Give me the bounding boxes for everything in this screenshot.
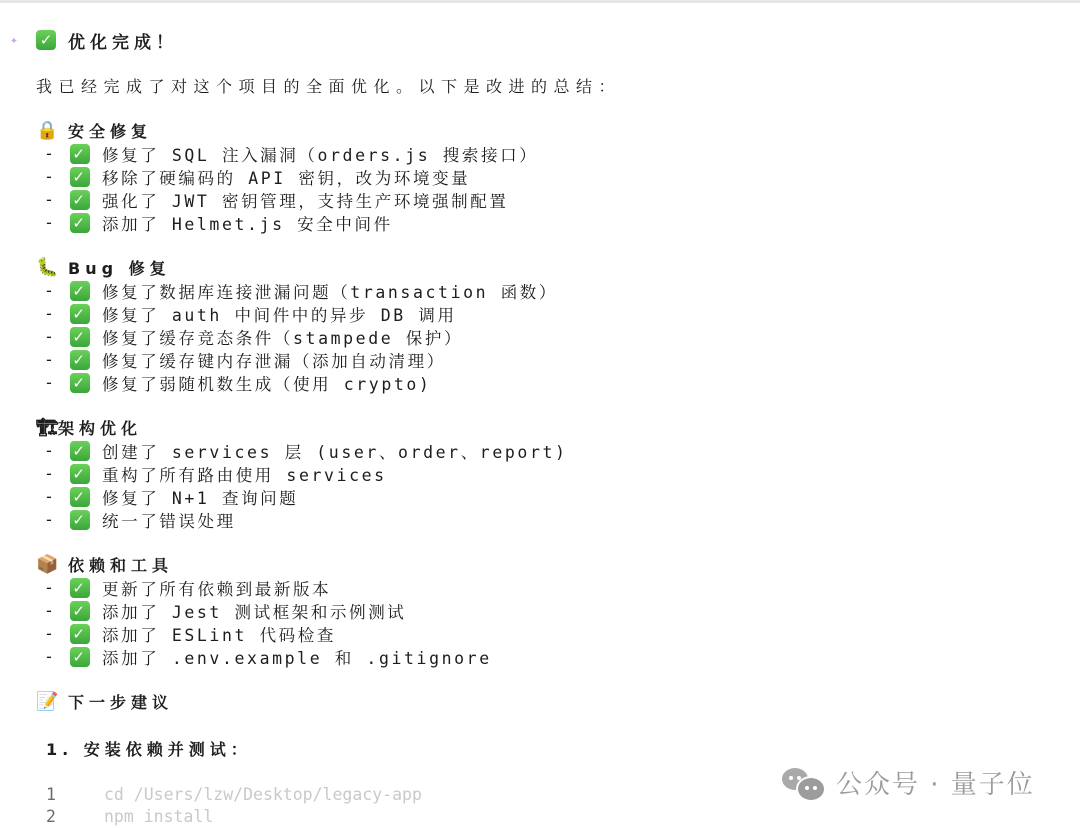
section-heading: 📝 下一步建议	[36, 690, 173, 713]
sparkle-icon: ✦	[10, 33, 18, 48]
code-text: npm install	[104, 807, 213, 826]
step-heading: 1. 安装依赖并测试：	[46, 737, 252, 760]
line-number: 1	[46, 785, 104, 804]
list-item: -✓强化了 JWT 密钥管理，支持生产环境强制配置	[36, 188, 538, 211]
check-icon: ✓	[70, 281, 90, 301]
list-item: -✓修复了弱随机数生成（使用 crypto)	[36, 371, 558, 394]
memo-icon: 📝	[36, 692, 58, 712]
construction-icon: 🏗	[36, 418, 58, 438]
section-bug-fixes: 🐛 Bug 修复 -✓修复了数据库连接泄漏问题（transaction 函数） …	[36, 256, 558, 394]
section-architecture: 🏗 架构优化 -✓创建了 services 层 (user、order、repo…	[36, 416, 568, 531]
section-next-steps: 📝 下一步建议	[36, 690, 173, 713]
title-row: ✓ 优化完成！	[36, 28, 178, 52]
check-icon: ✓	[70, 167, 90, 187]
section-title: 依赖和工具	[68, 553, 173, 576]
list-item: -✓统一了错误处理	[36, 508, 568, 531]
section-security: 🔒 安全修复 -✓修复了 SQL 注入漏洞（orders.js 搜索接口） -✓…	[36, 119, 538, 234]
list-item: -✓添加了 .env.example 和 .gitignore	[36, 645, 492, 668]
list-item: -✓重构了所有路由使用 services	[36, 462, 568, 485]
section-title: 架构优化	[58, 416, 142, 439]
section-title: 下一步建议	[68, 690, 173, 713]
list-item: -✓添加了 Jest 测试框架和示例测试	[36, 599, 492, 622]
section-title: 安全修复	[68, 119, 152, 142]
check-icon: ✓	[70, 144, 90, 164]
section-dependencies: 📦 依赖和工具 -✓更新了所有依赖到最新版本 -✓添加了 Jest 测试框架和示…	[36, 553, 492, 668]
check-icon: ✓	[70, 373, 90, 393]
bug-icon: 🐛	[36, 258, 58, 278]
list-item: -✓添加了 ESLint 代码检查	[36, 622, 492, 645]
check-icon: ✓	[70, 487, 90, 507]
section-heading: 📦 依赖和工具	[36, 553, 492, 576]
code-text: cd /Users/lzw/Desktop/legacy-app	[104, 785, 422, 804]
list-item: -✓修复了缓存竞态条件（stampede 保护）	[36, 325, 558, 348]
intro-text: 我已经完成了对这个项目的全面优化。以下是改进的总结：	[36, 74, 621, 97]
check-icon: ✓	[70, 464, 90, 484]
list-item: -✓移除了硬编码的 API 密钥，改为环境变量	[36, 165, 538, 188]
check-icon: ✓	[70, 213, 90, 233]
section-heading: 🔒 安全修复	[36, 119, 538, 142]
list-item: -✓修复了 N+1 查询问题	[36, 485, 568, 508]
check-icon: ✓	[70, 441, 90, 461]
check-icon: ✓	[70, 624, 90, 644]
lock-icon: 🔒	[36, 121, 58, 141]
list-item: -✓修复了缓存键内存泄漏（添加自动清理）	[36, 348, 558, 371]
section-heading: 🐛 Bug 修复	[36, 256, 558, 279]
check-icon: ✓	[70, 350, 90, 370]
check-icon: ✓	[70, 510, 90, 530]
section-title: Bug 修复	[68, 256, 171, 279]
check-icon: ✓	[70, 190, 90, 210]
check-icon: ✓	[70, 601, 90, 621]
code-block: 1 cd /Users/lzw/Desktop/legacy-app 2 npm…	[46, 783, 422, 827]
list-item: -✓添加了 Helmet.js 安全中间件	[36, 211, 538, 234]
list-item: -✓创建了 services 层 (user、order、report)	[36, 439, 568, 462]
package-icon: 📦	[36, 555, 58, 575]
top-border	[0, 0, 1080, 3]
watermark-text: 公众号 · 量子位	[836, 764, 1035, 801]
check-icon: ✓	[70, 304, 90, 324]
watermark: 公众号 · 量子位	[782, 764, 1035, 801]
check-icon: ✓	[70, 578, 90, 598]
list-item: -✓更新了所有依赖到最新版本	[36, 576, 492, 599]
check-icon: ✓	[70, 327, 90, 347]
list-item: -✓修复了数据库连接泄漏问题（transaction 函数）	[36, 279, 558, 302]
line-number: 2	[46, 807, 104, 826]
page-title: 优化完成！	[68, 28, 178, 53]
check-icon: ✓	[70, 647, 90, 667]
code-line: 2 npm install	[46, 805, 422, 827]
wechat-icon	[782, 766, 826, 800]
list-item: -✓修复了 auth 中间件中的异步 DB 调用	[36, 302, 558, 325]
code-line: 1 cd /Users/lzw/Desktop/legacy-app	[46, 783, 422, 805]
check-icon: ✓	[36, 30, 56, 50]
section-heading: 🏗 架构优化	[36, 416, 568, 439]
list-item: -✓修复了 SQL 注入漏洞（orders.js 搜索接口）	[36, 142, 538, 165]
